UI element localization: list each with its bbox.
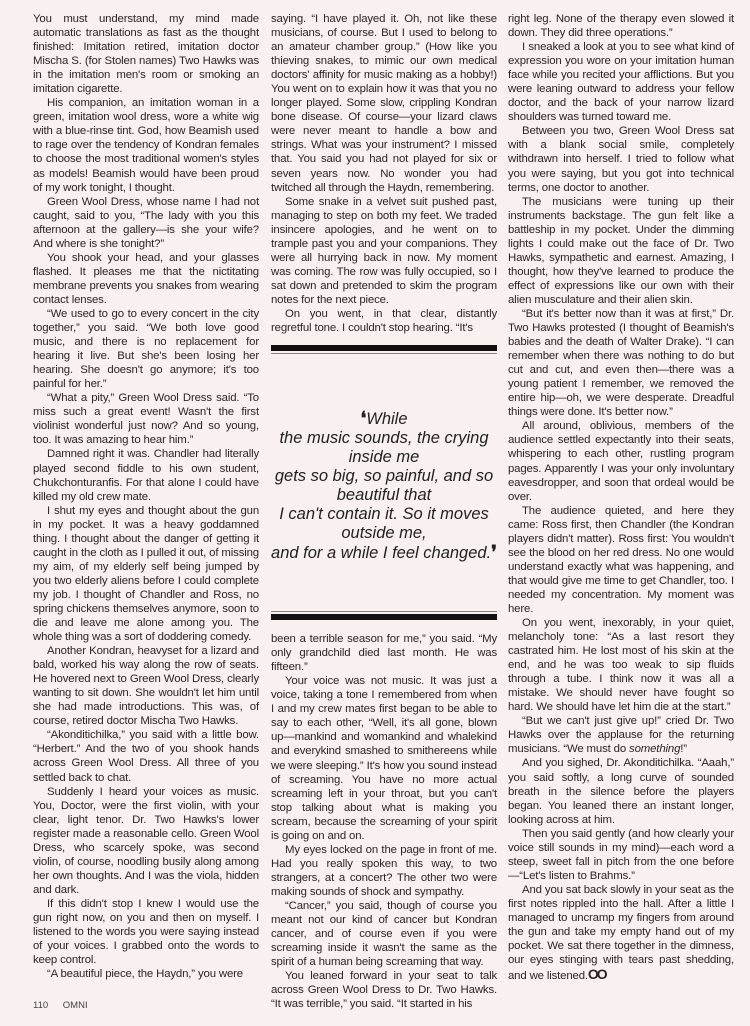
paragraph: You leaned forward in your seat to talk … (271, 969, 497, 1011)
pull-quote-line: gets so big, so painful, and so (275, 467, 493, 485)
pull-quote-line: and for a while I feel changed. (271, 544, 491, 562)
paragraph: “What a pity,” Green Wool Dress said. “T… (33, 391, 259, 447)
emphasis-text: something (629, 743, 680, 755)
paragraph: And you sat back slowly in your seat as … (508, 883, 734, 983)
paragraph: “A beautiful piece, the Haydn,” you were (33, 967, 259, 981)
end-of-story-mark-icon: OO (588, 966, 606, 982)
text-column-3: right leg. None of the therapy even slow… (508, 12, 734, 983)
paragraph: His companion, an imitation woman in a g… (33, 96, 259, 194)
pull-quote-line: I can't contain it. So it moves (279, 505, 489, 523)
pull-quote-line: the music sounds, the crying (279, 429, 488, 447)
paragraph: “But it's better now than it was at firs… (508, 307, 734, 419)
paragraph: Your voice was not music. It was just a … (271, 674, 497, 843)
paragraph: Green Wool Dress, whose name I had not c… (33, 195, 259, 251)
paragraph: Between you two, Green Wool Dress sat wi… (508, 124, 734, 194)
paragraph: If this didn't stop I knew I would use t… (33, 897, 259, 967)
text-run: !” (680, 743, 687, 755)
paragraph: You shook your head, and your glasses fl… (33, 251, 259, 307)
paragraph: My eyes locked on the page in front of m… (271, 843, 497, 899)
text-run: “But we can't just give up!” cried Dr. T… (508, 715, 734, 755)
paragraph: “Akonditichilka,” you said with a little… (33, 728, 259, 784)
paragraph: Another Kondran, heavyset for a lizard a… (33, 644, 259, 728)
paragraph: Damned right it was. Chandler had litera… (33, 447, 259, 503)
paragraph: Suddenly I heard your voices as music. Y… (33, 785, 259, 897)
pull-quote-line: inside me (349, 448, 420, 466)
paragraph: I sneaked a look at you to see what kind… (508, 40, 734, 124)
paragraph: right leg. None of the therapy even slow… (508, 12, 734, 40)
text-column-1: You must understand, my mind made automa… (33, 12, 259, 981)
paragraph: You must understand, my mind made automa… (33, 12, 259, 96)
text-column-2: saying. “I have played it. Oh, not like … (271, 12, 497, 1011)
pull-quote-text: ❛While the music sounds, the crying insi… (271, 354, 497, 611)
paragraph: And you sighed, Dr. Akonditichilka. “Aaa… (508, 756, 734, 826)
close-quote-mark-icon: ❜ (491, 542, 497, 562)
page-number: 110 (33, 1000, 48, 1011)
paragraph: On you went, inexorably, in your quiet, … (508, 616, 734, 714)
pull-quote-top-rule (271, 345, 497, 354)
paragraph: On you went, in that clear, distantly re… (271, 307, 497, 335)
paragraph: Then you said gently (and how clearly yo… (508, 827, 734, 883)
folio: 110 OMNI (33, 1000, 88, 1011)
pull-quote: ❛While the music sounds, the crying insi… (271, 345, 497, 620)
magazine-name: OMNI (63, 1000, 88, 1011)
pull-quote-bottom-rule (271, 611, 497, 620)
pull-quote-line: outside me, (341, 524, 426, 542)
paragraph: The musicians were tuning up their instr… (508, 195, 734, 307)
paragraph: The audience quieted, and here they came… (508, 504, 734, 616)
paragraph: “But we can't just give up!” cried Dr. T… (508, 714, 734, 756)
magazine-page: You must understand, my mind made automa… (0, 0, 750, 1026)
paragraph: “Cancer,” you said, though of course you… (271, 899, 497, 969)
paragraph: “We used to go to every concert in the c… (33, 307, 259, 391)
text-run: And you sat back slowly in your seat as … (508, 884, 734, 982)
paragraph: saying. “I have played it. Oh, not like … (271, 12, 497, 195)
paragraph: All around, oblivious, members of the au… (508, 419, 734, 503)
pull-quote-line: While (366, 410, 407, 428)
paragraph: been a terrible season for me,” you said… (271, 632, 497, 674)
paragraph: I shut my eyes and thought about the gun… (33, 504, 259, 644)
paragraph: Some snake in a velvet suit pushed past,… (271, 195, 497, 307)
pull-quote-line: beautiful that (337, 486, 432, 504)
